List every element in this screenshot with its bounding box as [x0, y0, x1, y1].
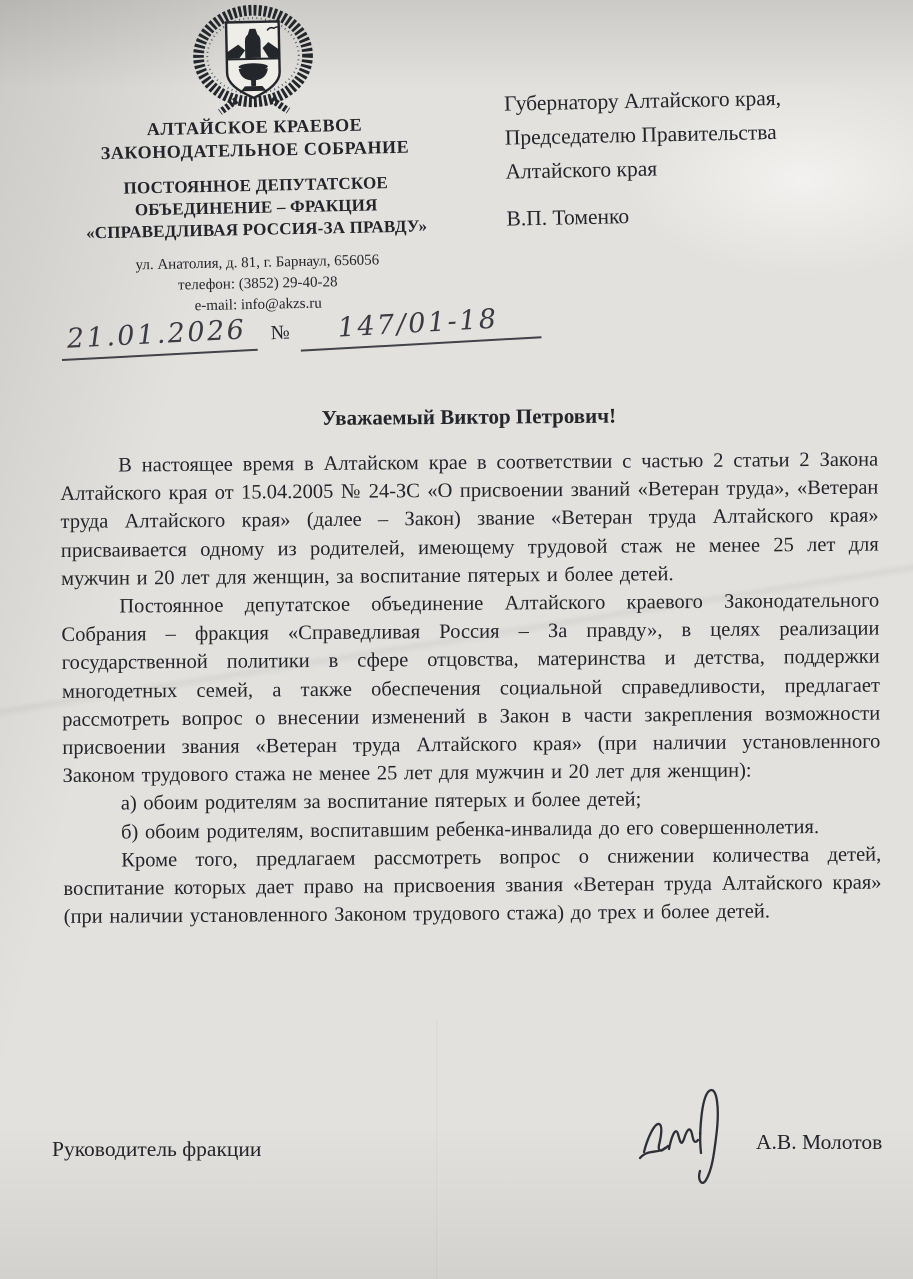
recipient-line3: Алтайского края: [505, 147, 896, 189]
number-sign: №: [270, 321, 290, 345]
scanned-letter-page: АЛТАЙСКОЕ КРАЕВОЕ ЗАКОНОДАТЕЛЬНОЕ СОБРАН…: [0, 0, 913, 1279]
letter-body: В настоящее время в Алтайском крае в соо…: [60, 446, 882, 932]
fraction-name: ПОСТОЯННОЕ ДЕПУТАТСКОЕ ОБЪЕДИНЕНИЕ – ФРА…: [40, 170, 473, 245]
recipient-name: В.П. Томенко: [506, 193, 897, 235]
paragraph-3: Кроме того, предлагаем рассмотреть вопро…: [63, 840, 882, 931]
paragraph-2: Постоянное депутатское объединение Алтай…: [61, 587, 881, 791]
letterhead: АЛТАЙСКОЕ КРАЕВОЕ ЗАКОНОДАТЕЛЬНОЕ СОБРАН…: [36, 0, 475, 320]
signer-name: А.В. Молотов: [756, 1130, 882, 1155]
salutation: Уважаемый Виктор Петрович!: [60, 402, 878, 433]
outgoing-date-handwritten: 21.01.2026: [60, 314, 257, 361]
paragraph-1: В настоящее время в Алтайском крае в соо…: [60, 446, 879, 593]
recipient-block: Губернатору Алтайского края, Председател…: [504, 79, 897, 236]
signer-position-title: Руководитель фракции: [52, 1137, 261, 1162]
header-zone: АЛТАЙСКОЕ КРАЕВОЕ ЗАКОНОДАТЕЛЬНОЕ СОБРАН…: [0, 0, 909, 1]
altai-krai-coat-of-arms-icon: [179, 2, 327, 115]
handwritten-signature-icon: [638, 1078, 738, 1190]
